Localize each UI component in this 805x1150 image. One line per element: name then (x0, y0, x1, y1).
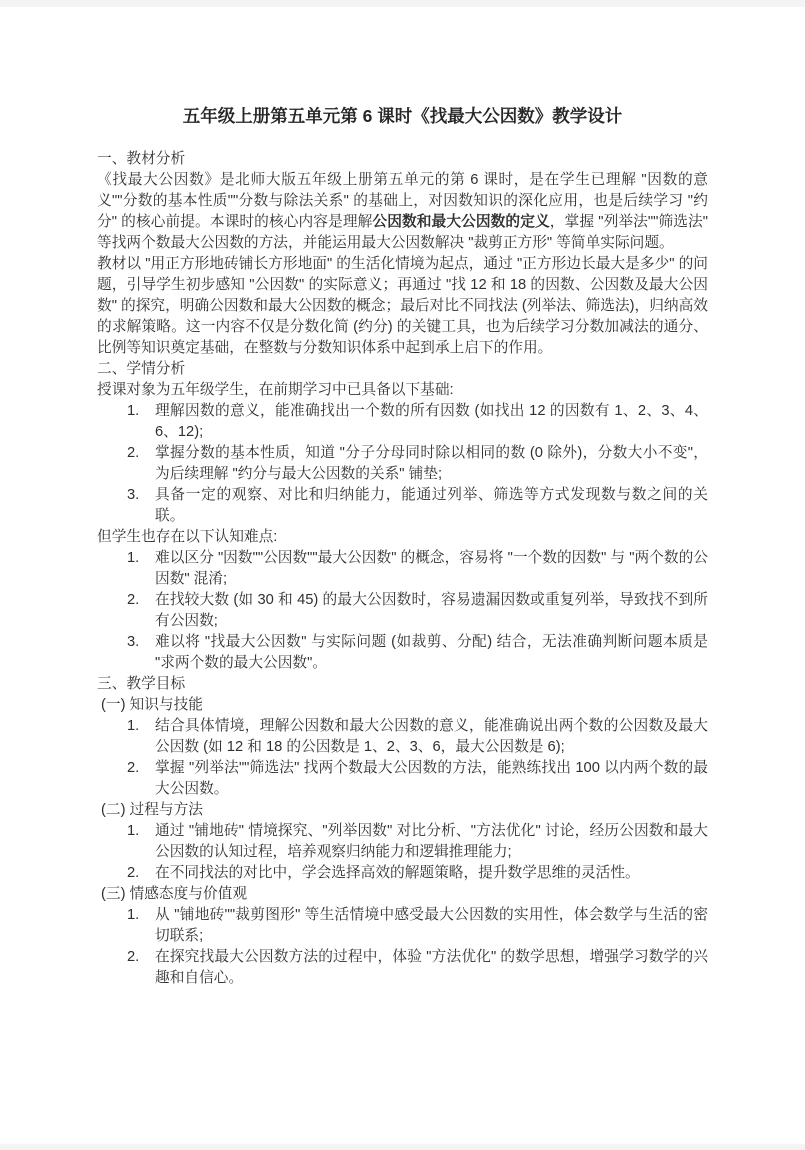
list-item-number: 2. (127, 443, 139, 464)
document-body: 一、教材分析《找最大公因数》是北师大版五年级上册第五单元的第 6 课时，是在学生… (97, 149, 708, 989)
numbered-list: 1.通过 "铺地砖" 情境探究、"列举因数" 对比分析、"方法优化" 讨论，经历… (97, 821, 708, 884)
subsection-heading: (二) 过程与方法 (97, 800, 708, 821)
list-item-text: 掌握分数的基本性质，知道 "分子分母同时除以相同的数 (0 除外)，分数大小不变… (155, 443, 708, 485)
list-item-text: 结合具体情境，理解公因数和最大公因数的意义，能准确说出两个数的公因数及最大公因数… (155, 716, 708, 758)
list-item-number: 1. (127, 905, 139, 926)
list-item-text: 在探究找最大公因数方法的过程中，体验 "方法优化" 的数学思想，增强学习数学的兴… (155, 947, 708, 989)
list-item-text: 具备一定的观察、对比和归纳能力，能通过列举、筛选等方式发现数与数之间的关联。 (155, 485, 708, 527)
paragraph: 《找最大公因数》是北师大版五年级上册第五单元的第 6 课时，是在学生已理解 "因… (97, 170, 708, 254)
list-item-number: 3. (127, 485, 139, 506)
subsection-heading: (一) 知识与技能 (97, 695, 708, 716)
list-item: 3.具备一定的观察、对比和归纳能力，能通过列举、筛选等方式发现数与数之间的关联。 (97, 485, 708, 527)
list-item-number: 3. (127, 632, 139, 653)
list-item: 2.在探究找最大公因数方法的过程中，体验 "方法优化" 的数学思想，增强学习数学… (97, 947, 708, 989)
list-item: 2.掌握 "列举法""筛选法" 找两个数最大公因数的方法，能熟练找出 100 以… (97, 758, 708, 800)
paragraph: 授课对象为五年级学生，在前期学习中已具备以下基础: (97, 380, 708, 401)
list-item-text: 难以区分 "因数""公因数""最大公因数" 的概念，容易将 "一个数的因数" 与… (155, 548, 708, 590)
list-item-text: 难以将 "找最大公因数" 与实际问题 (如裁剪、分配) 结合，无法准确判断问题本… (155, 632, 708, 674)
list-item-text: 在找较大数 (如 30 和 45) 的最大公因数时，容易遗漏因数或重复列举，导致… (155, 590, 708, 632)
paragraph: 教材以 "用正方形地砖铺长方形地面" 的生活化情境为起点，通过 "正方形边长最大… (97, 254, 708, 359)
list-item: 1.理解因数的意义，能准确找出一个数的所有因数 (如找出 12 的因数有 1、2… (97, 401, 708, 443)
list-item-number: 2. (127, 863, 139, 884)
document-title: 五年级上册第五单元第 6 课时《找最大公因数》教学设计 (97, 103, 708, 130)
document-page: 五年级上册第五单元第 6 课时《找最大公因数》教学设计 一、教材分析《找最大公因… (0, 7, 805, 1144)
numbered-list: 1.结合具体情境，理解公因数和最大公因数的意义，能准确说出两个数的公因数及最大公… (97, 716, 708, 800)
subsection-heading: (三) 情感态度与价值观 (97, 884, 708, 905)
bold-text: 公因数和最大公因数的定义 (372, 214, 549, 230)
numbered-list: 1.难以区分 "因数""公因数""最大公因数" 的概念，容易将 "一个数的因数"… (97, 548, 708, 674)
list-item: 1.从 "铺地砖""裁剪图形" 等生活情境中感受最大公因数的实用性，体会数学与生… (97, 905, 708, 947)
list-item-number: 1. (127, 401, 139, 422)
section-heading: 三、教学目标 (97, 674, 708, 695)
list-item-number: 1. (127, 716, 139, 737)
list-item-number: 2. (127, 947, 139, 968)
list-item-number: 2. (127, 758, 139, 779)
list-item-number: 1. (127, 821, 139, 842)
list-item-text: 掌握 "列举法""筛选法" 找两个数最大公因数的方法，能熟练找出 100 以内两… (155, 758, 708, 800)
list-item: 1.结合具体情境，理解公因数和最大公因数的意义，能准确说出两个数的公因数及最大公… (97, 716, 708, 758)
numbered-list: 1.从 "铺地砖""裁剪图形" 等生活情境中感受最大公因数的实用性，体会数学与生… (97, 905, 708, 989)
list-item-text: 从 "铺地砖""裁剪图形" 等生活情境中感受最大公因数的实用性，体会数学与生活的… (155, 905, 708, 947)
list-item-number: 1. (127, 548, 139, 569)
list-item: 3.难以将 "找最大公因数" 与实际问题 (如裁剪、分配) 结合，无法准确判断问… (97, 632, 708, 674)
list-item-text: 在不同找法的对比中，学会选择高效的解题策略，提升数学思维的灵活性。 (155, 863, 708, 884)
section-heading: 一、教材分析 (97, 149, 708, 170)
list-item-text: 通过 "铺地砖" 情境探究、"列举因数" 对比分析、"方法优化" 讨论，经历公因… (155, 821, 708, 863)
list-item-number: 2. (127, 590, 139, 611)
list-item: 1.难以区分 "因数""公因数""最大公因数" 的概念，容易将 "一个数的因数"… (97, 548, 708, 590)
list-item-text: 理解因数的意义，能准确找出一个数的所有因数 (如找出 12 的因数有 1、2、3… (155, 401, 708, 443)
list-item: 1.通过 "铺地砖" 情境探究、"列举因数" 对比分析、"方法优化" 讨论，经历… (97, 821, 708, 863)
section-heading: 二、学情分析 (97, 359, 708, 380)
list-item: 2.在不同找法的对比中，学会选择高效的解题策略，提升数学思维的灵活性。 (97, 863, 708, 884)
list-item: 2.在找较大数 (如 30 和 45) 的最大公因数时，容易遗漏因数或重复列举，… (97, 590, 708, 632)
numbered-list: 1.理解因数的意义，能准确找出一个数的所有因数 (如找出 12 的因数有 1、2… (97, 401, 708, 527)
list-item: 2.掌握分数的基本性质，知道 "分子分母同时除以相同的数 (0 除外)，分数大小… (97, 443, 708, 485)
paragraph: 但学生也存在以下认知难点: (97, 527, 708, 548)
